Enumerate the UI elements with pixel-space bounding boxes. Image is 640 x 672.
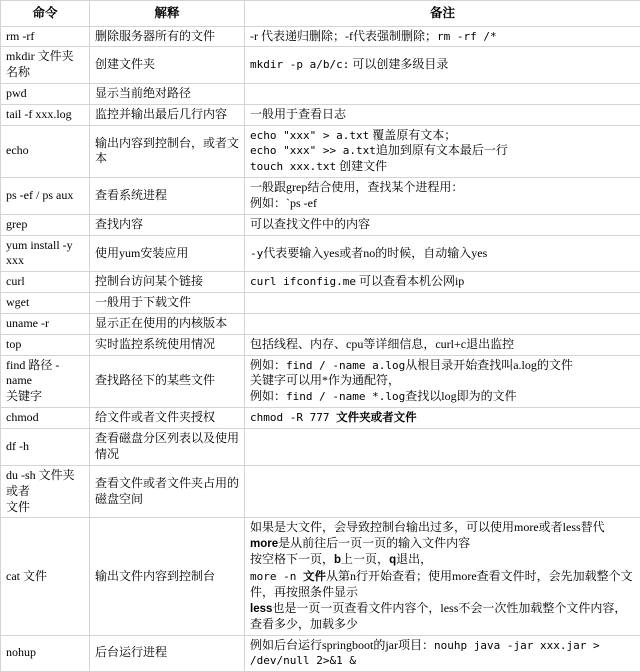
cell-description: 查看系统进程 <box>90 178 245 215</box>
cell-description: 显示正在使用的内核版本 <box>90 313 245 334</box>
cell-note: curl ifconfig.me 可以查看本机公网ip <box>245 272 640 293</box>
text-run: echo <box>6 143 29 157</box>
text-run: 包括线程、内存、cpu等详细信息，curl+c退出监控 <box>250 337 514 351</box>
text-run: 磁盘空间 <box>95 492 143 506</box>
cell-note <box>245 313 640 334</box>
cell-description: 一般用于下载文件 <box>90 293 245 314</box>
text-run: 关键字 <box>6 389 42 403</box>
column-header-cmd: 命令 <box>1 1 90 27</box>
cell-description: 给文件或者文件夹授权 <box>90 408 245 429</box>
code-snippet: touch xxx.txt <box>250 160 336 173</box>
text-run: 创建文件夹 <box>95 57 155 71</box>
table-row: chmod给文件或者文件夹授权chmod -R 777 文件夹或者文件 <box>1 408 640 429</box>
text-run: mkdir 文件夹名称 <box>6 49 74 79</box>
cell-command: nohup <box>1 635 90 672</box>
text-run: 实时监控系统使用情况 <box>95 337 215 351</box>
cell-note <box>245 293 640 314</box>
code-snippet: find / -name a.log <box>286 359 405 372</box>
cell-note: -y代表要输入yes或者no的时候，自动输入yes <box>245 235 640 272</box>
cell-note <box>245 83 640 104</box>
text-run: 例如：`ps -ef <box>250 196 317 210</box>
text-run: 可以创建多级目录 <box>349 57 448 71</box>
cell-note: chmod -R 777 文件夹或者文件 <box>245 408 640 429</box>
text-run: 创建文件 <box>336 159 387 173</box>
table-row: find 路径 -name关键字查找路径下的某些文件例如：find / -nam… <box>1 355 640 407</box>
text-run: 关键字可以用*作为通配符， <box>250 373 400 387</box>
text-run: 一般用于下载文件 <box>95 295 191 309</box>
table-row: nohup后台运行进程例如后台运行springboot的jar项目：nouhp … <box>1 635 640 672</box>
cell-note: -r 代表递归删除；-f代表强制删除；rm -rf /* <box>245 26 640 47</box>
text-run: 查看磁盘分区列表以及使用 <box>95 431 239 445</box>
cell-command: curl <box>1 272 90 293</box>
text-run: rm -rf <box>6 29 34 43</box>
text-run: 给文件或者文件夹授权 <box>95 410 215 424</box>
text-run: 例如： <box>250 358 286 372</box>
text-run: 一般跟grep结合使用，查找某个进程用： <box>250 180 463 194</box>
text-run: cat 文件 <box>6 569 47 583</box>
code-snippet: echo "xxx" > a.txt <box>250 129 369 142</box>
cell-description: 输出内容到控制台，或者文本 <box>90 125 245 177</box>
text-run: pwd <box>6 86 27 100</box>
text-run: grep <box>6 217 27 231</box>
text-run: 后台运行进程 <box>95 645 167 659</box>
table-row: echo输出内容到控制台，或者文本echo "xxx" > a.txt 覆盖原有… <box>1 125 640 177</box>
table-row: top实时监控系统使用情况包括线程、内存、cpu等详细信息，curl+c退出监控 <box>1 334 640 355</box>
text-run: 也是一页一页查看文件内容个，less不会一次性加载整个文件内容，查看多少，加载多… <box>250 601 626 631</box>
command-table: 命令解释备注 rm -rf删除服务器所有的文件-r 代表递归删除；-f代表强制删… <box>0 0 640 672</box>
table-row: df -h查看磁盘分区列表以及使用情况 <box>1 429 640 466</box>
code-snippet: rm -rf /* <box>437 30 497 43</box>
table-row: wget一般用于下载文件 <box>1 293 640 314</box>
text-run: 可以查找文件中的内容 <box>250 217 370 231</box>
cell-command: pwd <box>1 83 90 104</box>
cell-command: rm -rf <box>1 26 90 47</box>
table-row: grep查找内容可以查找文件中的内容 <box>1 214 640 235</box>
cell-description: 使用yum安装应用 <box>90 235 245 272</box>
text-run: 使用yum安装应用 <box>95 246 188 260</box>
code-snippet: curl ifconfig.me <box>250 275 356 288</box>
text-run: tail -f xxx.log <box>6 107 72 121</box>
cell-description: 输出文件内容到控制台 <box>90 518 245 635</box>
cell-command: cat 文件 <box>1 518 90 635</box>
text-run: 控制台访问某个链接 <box>95 274 203 288</box>
text-run: 输出文件内容到控制台 <box>95 569 215 583</box>
text-run: 文件 <box>6 500 30 514</box>
cell-note <box>245 465 640 517</box>
table-row: rm -rf删除服务器所有的文件-r 代表递归删除；-f代表强制删除；rm -r… <box>1 26 640 47</box>
cell-command: chmod <box>1 408 90 429</box>
text-run: 监控并输出最后几行内容 <box>95 107 227 121</box>
cell-command: ps -ef / ps aux <box>1 178 90 215</box>
text-run: yum install -y xxx <box>6 238 73 268</box>
text-run: df -h <box>6 439 29 453</box>
cell-description: 查找路径下的某些文件 <box>90 355 245 407</box>
cell-command: df -h <box>1 429 90 466</box>
text-run: wget <box>6 295 29 309</box>
text-run: 追加到原有文本最后一行 <box>376 143 508 157</box>
table-row: pwd显示当前绝对路径 <box>1 83 640 104</box>
table-row: ps -ef / ps aux查看系统进程一般跟grep结合使用，查找某个进程用… <box>1 178 640 215</box>
code-snippet: find / -name *.log <box>286 390 405 403</box>
text-run: 例如： <box>250 389 286 403</box>
cell-description: 实时监控系统使用情况 <box>90 334 245 355</box>
cell-note: 例如后台运行springboot的jar项目：nouhp java -jar x… <box>245 635 640 672</box>
cell-command: top <box>1 334 90 355</box>
cell-command: uname -r <box>1 313 90 334</box>
cell-description: 后台运行进程 <box>90 635 245 672</box>
code-snippet: mkdir -p a/b/c: <box>250 58 349 71</box>
table-body: rm -rf删除服务器所有的文件-r 代表递归删除；-f代表强制删除；rm -r… <box>1 26 640 672</box>
text-run: 本 <box>95 151 107 165</box>
text-run: 情况 <box>95 447 119 461</box>
table-row: uname -r显示正在使用的内核版本 <box>1 313 640 334</box>
cell-command: wget <box>1 293 90 314</box>
cell-description: 删除服务器所有的文件 <box>90 26 245 47</box>
text-run: find 路径 -name <box>6 358 59 388</box>
text-run: nohup <box>6 645 36 659</box>
cell-command: grep <box>1 214 90 235</box>
text-run: 输出内容到控制台，或者文 <box>95 136 239 150</box>
table-head: 命令解释备注 <box>1 1 640 27</box>
cell-description: 查找内容 <box>90 214 245 235</box>
cell-command: tail -f xxx.log <box>1 104 90 125</box>
column-header-desc: 解释 <box>90 1 245 27</box>
cell-command: echo <box>1 125 90 177</box>
text-run: 代表要输入yes或者no的时候，自动输入yes <box>263 246 487 260</box>
cell-command: find 路径 -name关键字 <box>1 355 90 407</box>
code-snippet: -y <box>250 247 263 260</box>
column-header-note: 备注 <box>245 1 640 27</box>
cell-description: 查看磁盘分区列表以及使用情况 <box>90 429 245 466</box>
bold-text: 文件夹或者文件 <box>336 412 417 424</box>
text-run: chmod <box>6 410 39 424</box>
cell-note: 如果是大文件，会导致控制台输出过多，可以使用more或者less替代more是从… <box>245 518 640 635</box>
code-snippet: echo "xxx" >> a.txt <box>250 144 376 157</box>
code-snippet: chmod -R 777 <box>250 411 336 424</box>
text-run: 从根目录开始查找叫a.log的文件 <box>405 358 573 372</box>
cell-description: 创建文件夹 <box>90 47 245 84</box>
text-run: top <box>6 337 21 351</box>
table-row: du -sh 文件夹或者文件查看文件或者文件夹占用的磁盘空间 <box>1 465 640 517</box>
text-run: uname -r <box>6 316 49 330</box>
cell-note: mkdir -p a/b/c: 可以创建多级目录 <box>245 47 640 84</box>
text-run: curl <box>6 274 25 288</box>
table-row: cat 文件输出文件内容到控制台如果是大文件，会导致控制台输出过多，可以使用mo… <box>1 518 640 635</box>
text-run: 上一页， <box>341 552 389 566</box>
cell-note <box>245 429 640 466</box>
text-run: 如果是大文件，会导致控制台输出过多，可以使用more或者less替代 <box>250 520 605 534</box>
text-run: 例如后台运行springboot的jar项目： <box>250 638 434 652</box>
cell-note: 一般跟grep结合使用，查找某个进程用：例如：`ps -ef <box>245 178 640 215</box>
text-run: 删除服务器所有的文件 <box>95 29 215 43</box>
cell-description: 监控并输出最后几行内容 <box>90 104 245 125</box>
text-run: ps -ef / ps aux <box>6 188 73 202</box>
cell-command: mkdir 文件夹名称 <box>1 47 90 84</box>
cell-description: 控制台访问某个链接 <box>90 272 245 293</box>
text-run: du -sh 文件夹或者 <box>6 468 75 498</box>
bold-text: b <box>334 554 341 566</box>
text-run: 一般用于查看日志 <box>250 107 346 121</box>
cell-note: 一般用于查看日志 <box>245 104 640 125</box>
table-row: mkdir 文件夹名称创建文件夹mkdir -p a/b/c: 可以创建多级目录 <box>1 47 640 84</box>
code-snippet: more -n <box>250 570 303 583</box>
table-row: tail -f xxx.log监控并输出最后几行内容一般用于查看日志 <box>1 104 640 125</box>
header-row: 命令解释备注 <box>1 1 640 27</box>
cell-command: yum install -y xxx <box>1 235 90 272</box>
text-run: 查找内容 <box>95 217 143 231</box>
text-run: -r 代表递归删除；-f代表强制删除； <box>250 29 437 43</box>
bold-text: less <box>250 603 272 615</box>
text-run: 查看文件或者文件夹占用的 <box>95 476 239 490</box>
cell-note: 例如：find / -name a.log从根目录开始查找叫a.log的文件关键… <box>245 355 640 407</box>
text-run: 查看系统进程 <box>95 188 167 202</box>
bold-text: 文件 <box>303 571 326 583</box>
cell-note: 可以查找文件中的内容 <box>245 214 640 235</box>
text-run: 查找以log即为的文件 <box>405 389 516 403</box>
linux-command-cheatsheet: 命令解释备注 rm -rf删除服务器所有的文件-r 代表递归删除；-f代表强制删… <box>0 0 640 672</box>
table-row: curl控制台访问某个链接curl ifconfig.me 可以查看本机公网ip <box>1 272 640 293</box>
cell-note: echo "xxx" > a.txt 覆盖原有文本；echo "xxx" >> … <box>245 125 640 177</box>
cell-command: du -sh 文件夹或者文件 <box>1 465 90 517</box>
text-run: 是从前往后一页一页的输入文件内容 <box>278 536 470 550</box>
bold-text: more <box>250 538 278 550</box>
cell-description: 查看文件或者文件夹占用的磁盘空间 <box>90 465 245 517</box>
cell-note: 包括线程、内存、cpu等详细信息，curl+c退出监控 <box>245 334 640 355</box>
text-run: 可以查看本机公网ip <box>356 274 464 288</box>
cell-description: 显示当前绝对路径 <box>90 83 245 104</box>
text-run: 覆盖原有文本； <box>369 128 456 142</box>
text-run: 退出， <box>396 552 432 566</box>
text-run: 显示正在使用的内核版本 <box>95 316 227 330</box>
text-run: 查找路径下的某些文件 <box>95 373 215 387</box>
table-row: yum install -y xxx使用yum安装应用-y代表要输入yes或者n… <box>1 235 640 272</box>
text-run: 显示当前绝对路径 <box>95 86 191 100</box>
text-run: 按空格下一页， <box>250 552 334 566</box>
